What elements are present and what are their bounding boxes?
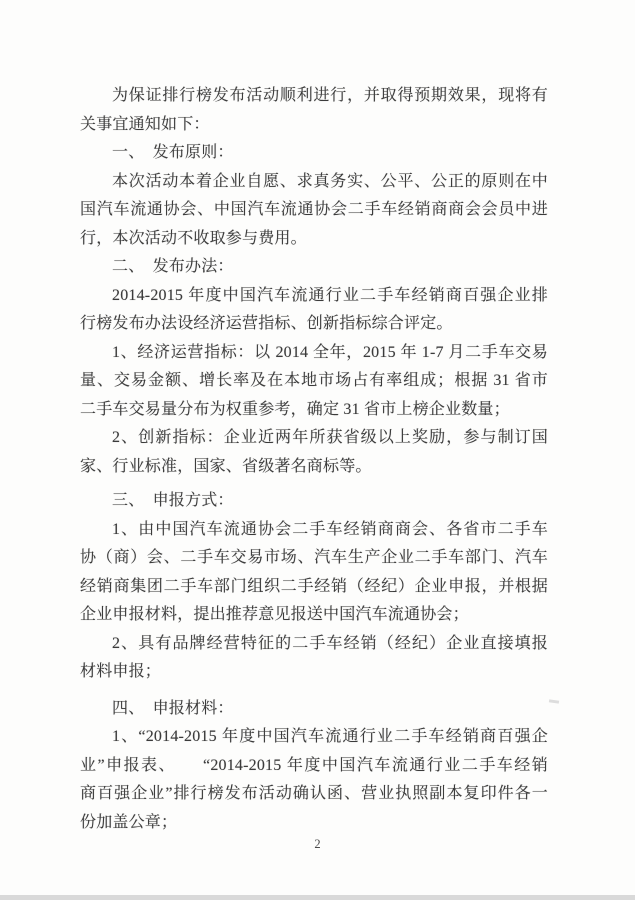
document-body: 为保证排行榜发布活动顺利进行，并取得预期效果，现将有 关事宜通知如下： 一、 发… <box>80 82 548 837</box>
doc-line: 经销商集团二手车部门组织二手经销（经纪）企业申报，并根据 <box>80 573 548 602</box>
section-heading: 一、 发布原则： <box>80 139 548 168</box>
doc-line: 份加盖公章； <box>80 809 548 838</box>
doc-line: 关事宜通知如下： <box>80 111 548 140</box>
doc-line: 1、由中国汽车流通协会二手车经销商商会、各省市二手车 <box>80 516 548 545</box>
doc-line: 行，本次活动不收取参与费用。 <box>80 225 548 254</box>
doc-line: 行榜发布办法设经济运营指标、创新指标综合评定。 <box>80 310 548 339</box>
doc-line: 国汽车流通协会、中国汽车流通协会二手车经销商商会会员中进 <box>80 196 548 225</box>
doc-line: 企业申报材料，提出推荐意见报送中国汽车流通协会； <box>80 601 548 630</box>
document-page: 为保证排行榜发布活动顺利进行，并取得预期效果，现将有 关事宜通知如下： 一、 发… <box>0 0 635 900</box>
doc-line: 为保证排行榜发布活动顺利进行，并取得预期效果，现将有 <box>80 82 548 111</box>
section-heading: 四、 申报材料： <box>80 695 548 724</box>
doc-line: 2、创新指标：企业近两年所获省级以上奖励，参与制订国 <box>80 424 548 453</box>
doc-line: 本次活动本着企业自愿、求真务实、公平、公正的原则在中 <box>80 168 548 197</box>
scan-artifact <box>549 699 559 703</box>
doc-line: 业”申报表、 “2014-2015 年度中国汽车流通行业二手车经销 <box>80 752 548 781</box>
doc-line: 协（商）会、二手车交易市场、汽车生产企业二手车部门、汽车 <box>80 544 548 573</box>
doc-line: 材料申报； <box>80 658 548 687</box>
doc-line: 2、具有品牌经营特征的二手车经销（经纪）企业直接填报 <box>80 630 548 659</box>
section-heading: 三、 申报方式： <box>80 487 548 516</box>
page-number: 2 <box>0 837 635 852</box>
doc-line: 量、交易金额、增长率及在本地市场占有率组成；根据 31 省市 <box>80 367 548 396</box>
doc-line: 二手车交易量分布为权重参考，确定 31 省市上榜企业数量； <box>80 396 548 425</box>
doc-line: 家、行业标准，国家、省级著名商标等。 <box>80 453 548 482</box>
doc-line: 2014-2015 年度中国汽车流通行业二手车经销商百强企业排 <box>80 282 548 311</box>
doc-line: 商百强企业”排行榜发布活动确认函、营业执照副本复印件各一 <box>80 780 548 809</box>
scan-edge-shadow <box>0 895 635 900</box>
doc-line: 1、“2014-2015 年度中国汽车流通行业二手车经销商百强企 <box>80 723 548 752</box>
doc-line: 1、经济运营指标：以 2014 全年，2015 年 1-7 月二手车交易 <box>80 339 548 368</box>
section-heading: 二、 发布办法： <box>80 253 548 282</box>
